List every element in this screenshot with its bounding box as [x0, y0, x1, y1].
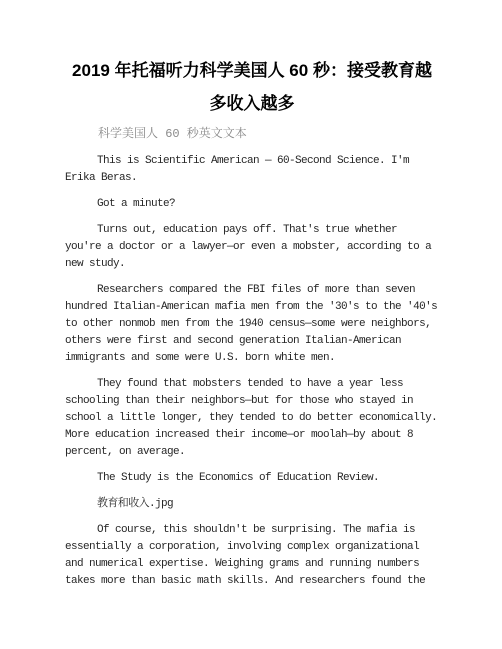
document-title: 2019 年托福听力科学美国人 60 秒：接受教育越多收入越多 [65, 54, 439, 120]
body-paragraph-intro: This is Scientific American — 60-Second … [65, 153, 439, 187]
document-subtitle: 科学美国人 60 秒英文文本 [65, 126, 439, 143]
document-page: 2019 年托福听力科学美国人 60 秒：接受教育越多收入越多 科学美国人 60… [0, 0, 502, 649]
body-paragraph-education-pays: Turns out, education pays off. That's tr… [65, 222, 439, 273]
body-paragraph-findings: They found that mobsters tended to have … [65, 376, 439, 461]
body-paragraph-question: Got a minute? [65, 196, 439, 213]
body-paragraph-fbi-files: Researchers compared the FBI files of mo… [65, 282, 439, 367]
body-paragraph-study-source: The Study is the Economics of Education … [65, 470, 439, 487]
attachment-filename: 教育和收入.jpg [65, 496, 439, 513]
body-paragraph-mafia-corporation: Of course, this shouldn't be surprising.… [65, 522, 439, 590]
